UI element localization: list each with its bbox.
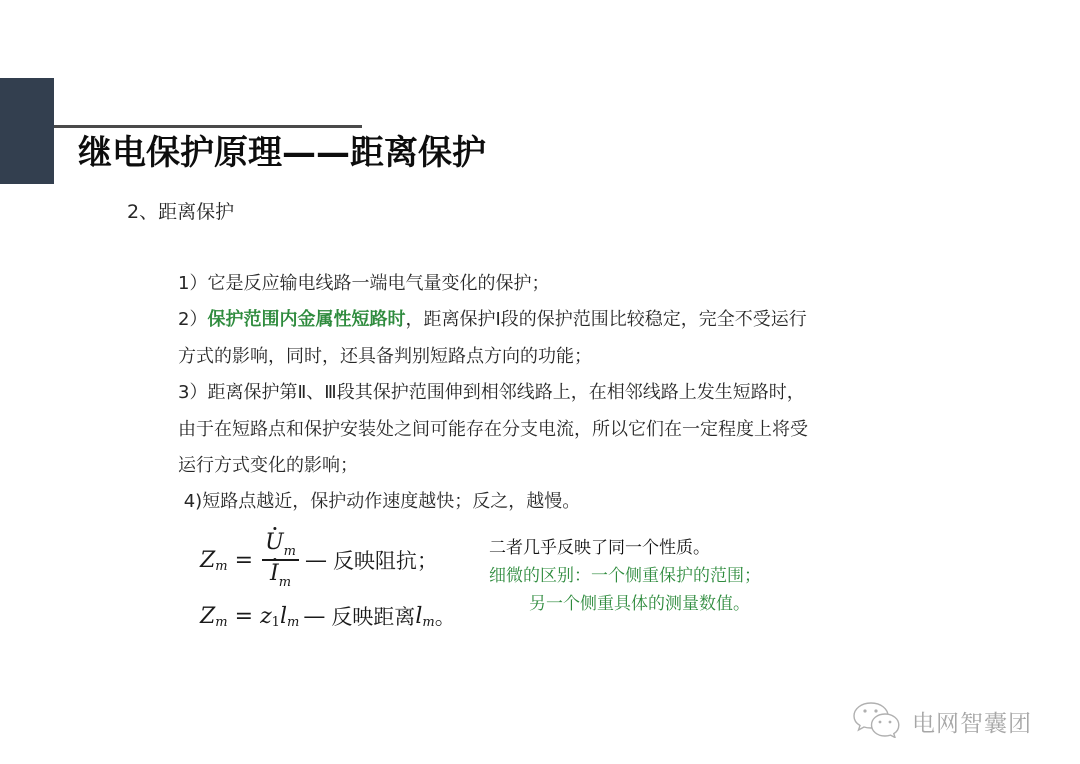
point-2-text: ，距离保护Ⅰ段的保护范围比较稳定，完全不受运行	[405, 309, 806, 330]
point-3-continuation-1-text: 由于在短路点和保护安装处之间可能存在分支电流，所以它们在一定程度上将受	[178, 419, 808, 440]
comparison-note: 二者几乎反映了同一个性质。 细微的区别：一个侧重保护的范围； 另一个侧重具体的测…	[489, 534, 761, 618]
formula-2-lhs-var: Z	[200, 604, 215, 629]
formula-1-lhs-sub: m	[215, 559, 227, 574]
formula-2-tail-punct: 。	[435, 601, 456, 631]
watermark-text: 电网智囊团	[912, 705, 1032, 738]
point-2-highlight: 保护范围内金属性短路时	[207, 309, 405, 330]
formula-2-tail-var: l	[415, 604, 422, 629]
title-accent-block	[0, 78, 54, 184]
formula-block: Zm = Um Im — 反映阻抗； Zm = z1lm — 反映距离lm。	[200, 528, 456, 638]
watermark: 电网智囊团	[852, 700, 1032, 742]
section-heading: 2、距离保护	[127, 198, 234, 226]
voltage-phasor-sub: m	[284, 539, 296, 565]
current-phasor-sub: m	[279, 570, 291, 596]
formula-1-lhs-var: Z	[200, 548, 215, 573]
point-3-text: 3）距离保护第Ⅱ、Ⅲ段其保护范围伸到相邻线路上，在相邻线路上发生短路时，	[178, 382, 805, 403]
formula-impedance: Zm = Um Im — 反映阻抗；	[200, 528, 456, 592]
note-line-3: 另一个侧重具体的测量数值。	[489, 590, 761, 618]
point-3-continuation-2: 运行方式变化的影响；	[178, 448, 918, 484]
point-3-continuation-2-text: 运行方式变化的影响；	[178, 455, 358, 476]
formula-2-rhs-var1: z	[260, 604, 272, 629]
formula-2-rhs-sub1: 1	[272, 615, 280, 630]
point-3-continuation-1: 由于在短路点和保护安装处之间可能存在分支电流，所以它们在一定程度上将受	[178, 412, 918, 448]
point-2-prefix: 2）	[178, 309, 207, 330]
formula-1-fraction: Um Im	[262, 530, 299, 590]
fraction-numerator: Um	[262, 530, 299, 559]
body-points: 1）它是反应输电线路一端电气量变化的保护； 2）保护范围内金属性短路时，距离保护…	[178, 266, 918, 521]
formula-1-dash: —	[305, 548, 327, 573]
point-3-line: 3）距离保护第Ⅱ、Ⅲ段其保护范围伸到相邻线路上，在相邻线路上发生短路时，	[178, 375, 918, 411]
formula-1-equals: =	[235, 548, 253, 573]
point-2-line: 2）保护范围内金属性短路时，距离保护Ⅰ段的保护范围比较稳定，完全不受运行	[178, 302, 918, 338]
slide-title: 继电保护原理——距离保护	[78, 130, 486, 176]
formula-2-rhs-var2: l	[280, 604, 287, 629]
voltage-phasor-var: U	[265, 530, 284, 556]
formula-2-lhs-sub: m	[215, 615, 227, 630]
current-phasor-var: I	[270, 561, 279, 587]
note-line-2: 细微的区别：一个侧重保护的范围；	[489, 562, 761, 590]
formula-distance: Zm = z1lm — 反映距离lm。	[200, 594, 456, 638]
point-4-text: 4)短路点越近，保护动作速度越快；反之，越慢。	[178, 491, 580, 512]
formula-1-description: 反映阻抗；	[333, 545, 438, 575]
formula-2-dash: —	[303, 604, 325, 629]
note-line-1: 二者几乎反映了同一个性质。	[489, 534, 761, 562]
formula-2-rhs-sub2: m	[287, 615, 299, 630]
formula-2-equals: =	[235, 604, 253, 629]
point-2-continuation-text: 方式的影响，同时，还具备判别短路点方向的功能；	[178, 346, 592, 367]
point-1-line: 1）它是反应输电线路一端电气量变化的保护；	[178, 266, 918, 302]
point-1-text: 1）它是反应输电线路一端电气量变化的保护；	[178, 273, 549, 294]
wechat-icon	[852, 700, 904, 742]
formula-2-description: 反映距离	[331, 601, 415, 631]
title-underline-rule	[54, 125, 362, 128]
point-4-line: 4)短路点越近，保护动作速度越快；反之，越慢。	[178, 484, 918, 520]
formula-2-tail-sub: m	[422, 615, 434, 630]
point-2-continuation: 方式的影响，同时，还具备判别短路点方向的功能；	[178, 339, 918, 375]
